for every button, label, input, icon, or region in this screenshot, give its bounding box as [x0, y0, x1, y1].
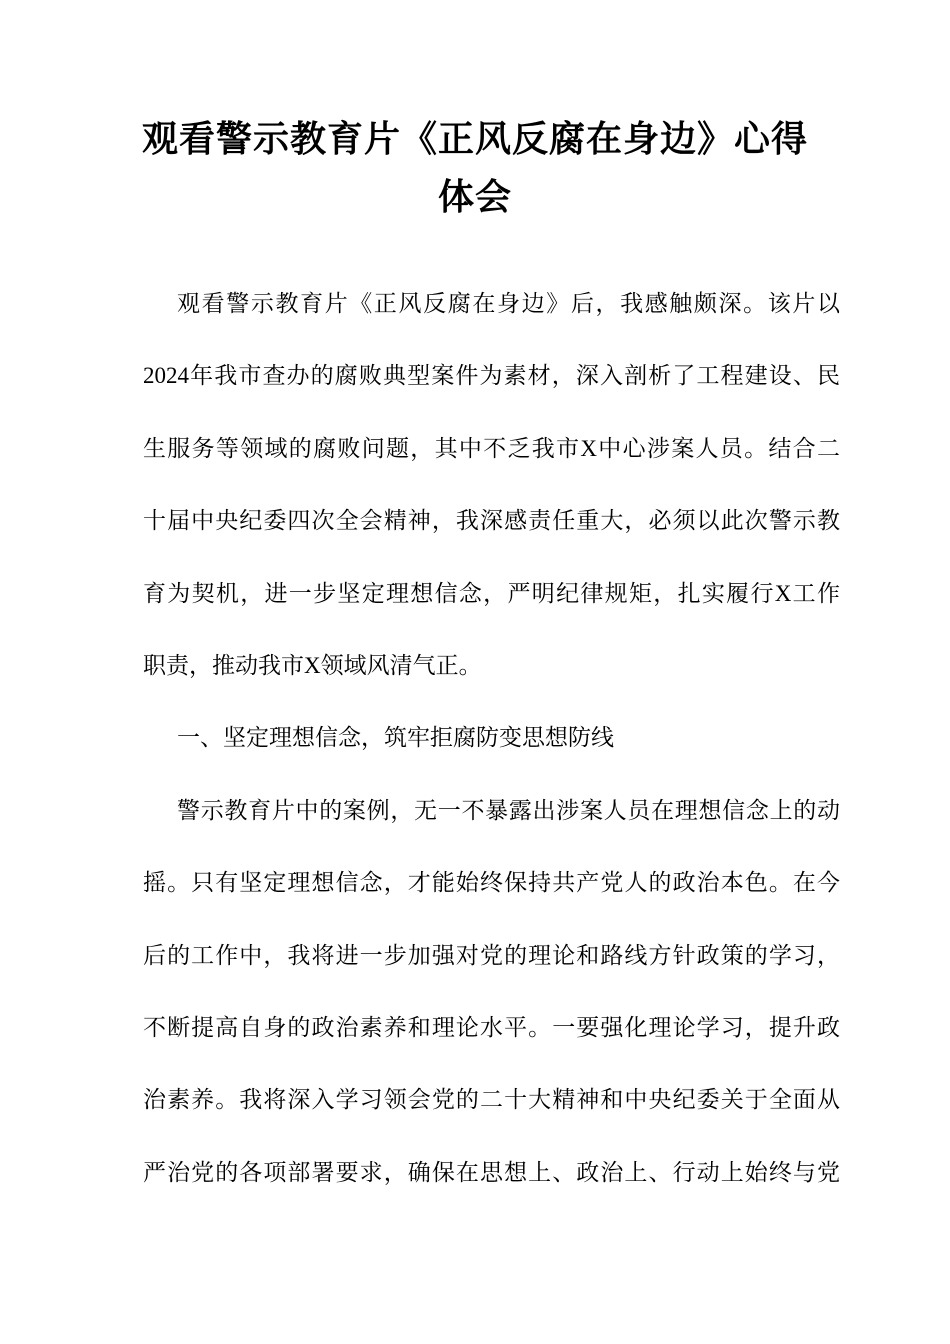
body-line-9: 摇。只有坚定理想信念，才能始终保持共产党人的政治本色。在今: [143, 847, 840, 919]
body-line-3: 生服务等领域的腐败问题，其中不乏我市X中心涉案人员。结合二: [143, 413, 840, 485]
body-line-2: 2024年我市查办的腐败典型案件为素材，深入剖析了工程建设、民: [143, 340, 840, 412]
body-line-1: 观看警示教育片《正风反腐在身边》后，我感触颇深。该片以: [143, 268, 840, 340]
body-line-8: 警示教育片中的案例，无一不暴露出涉案人员在理想信念上的动: [143, 775, 840, 847]
body-line-4: 十届中央纪委四次全会精神，我深感责任重大，必须以此次警示教: [143, 485, 840, 557]
body-line-12: 治素养。我将深入学习领会党的二十大精神和中央纪委关于全面从: [143, 1064, 840, 1136]
document-title: 观看警示教育片《正风反腐在身边》心得 体会: [0, 110, 950, 226]
title-line-1: 观看警示教育片《正风反腐在身边》心得: [0, 110, 950, 168]
section-heading-1: 一、坚定理想信念，筑牢拒腐防变思想防线: [143, 702, 840, 774]
title-line-2: 体会: [0, 168, 950, 226]
body-line-13: 严治党的各项部署要求，确保在思想上、政治上、行动上始终与党: [143, 1137, 840, 1209]
body-line-11: 不断提高自身的政治素养和理论水平。一要强化理论学习，提升政: [143, 992, 840, 1064]
document-body: 观看警示教育片《正风反腐在身边》后，我感触颇深。该片以 2024年我市查办的腐败…: [143, 268, 840, 1209]
body-line-6: 职责，推动我市X领域风清气正。: [143, 630, 840, 702]
body-line-5: 育为契机，进一步坚定理想信念，严明纪律规矩，扎实履行X工作: [143, 558, 840, 630]
body-line-10: 后的工作中，我将进一步加强对党的理论和路线方针政策的学习，: [143, 920, 840, 992]
document-page: 观看警示教育片《正风反腐在身边》心得 体会 观看警示教育片《正风反腐在身边》后，…: [0, 0, 950, 1344]
